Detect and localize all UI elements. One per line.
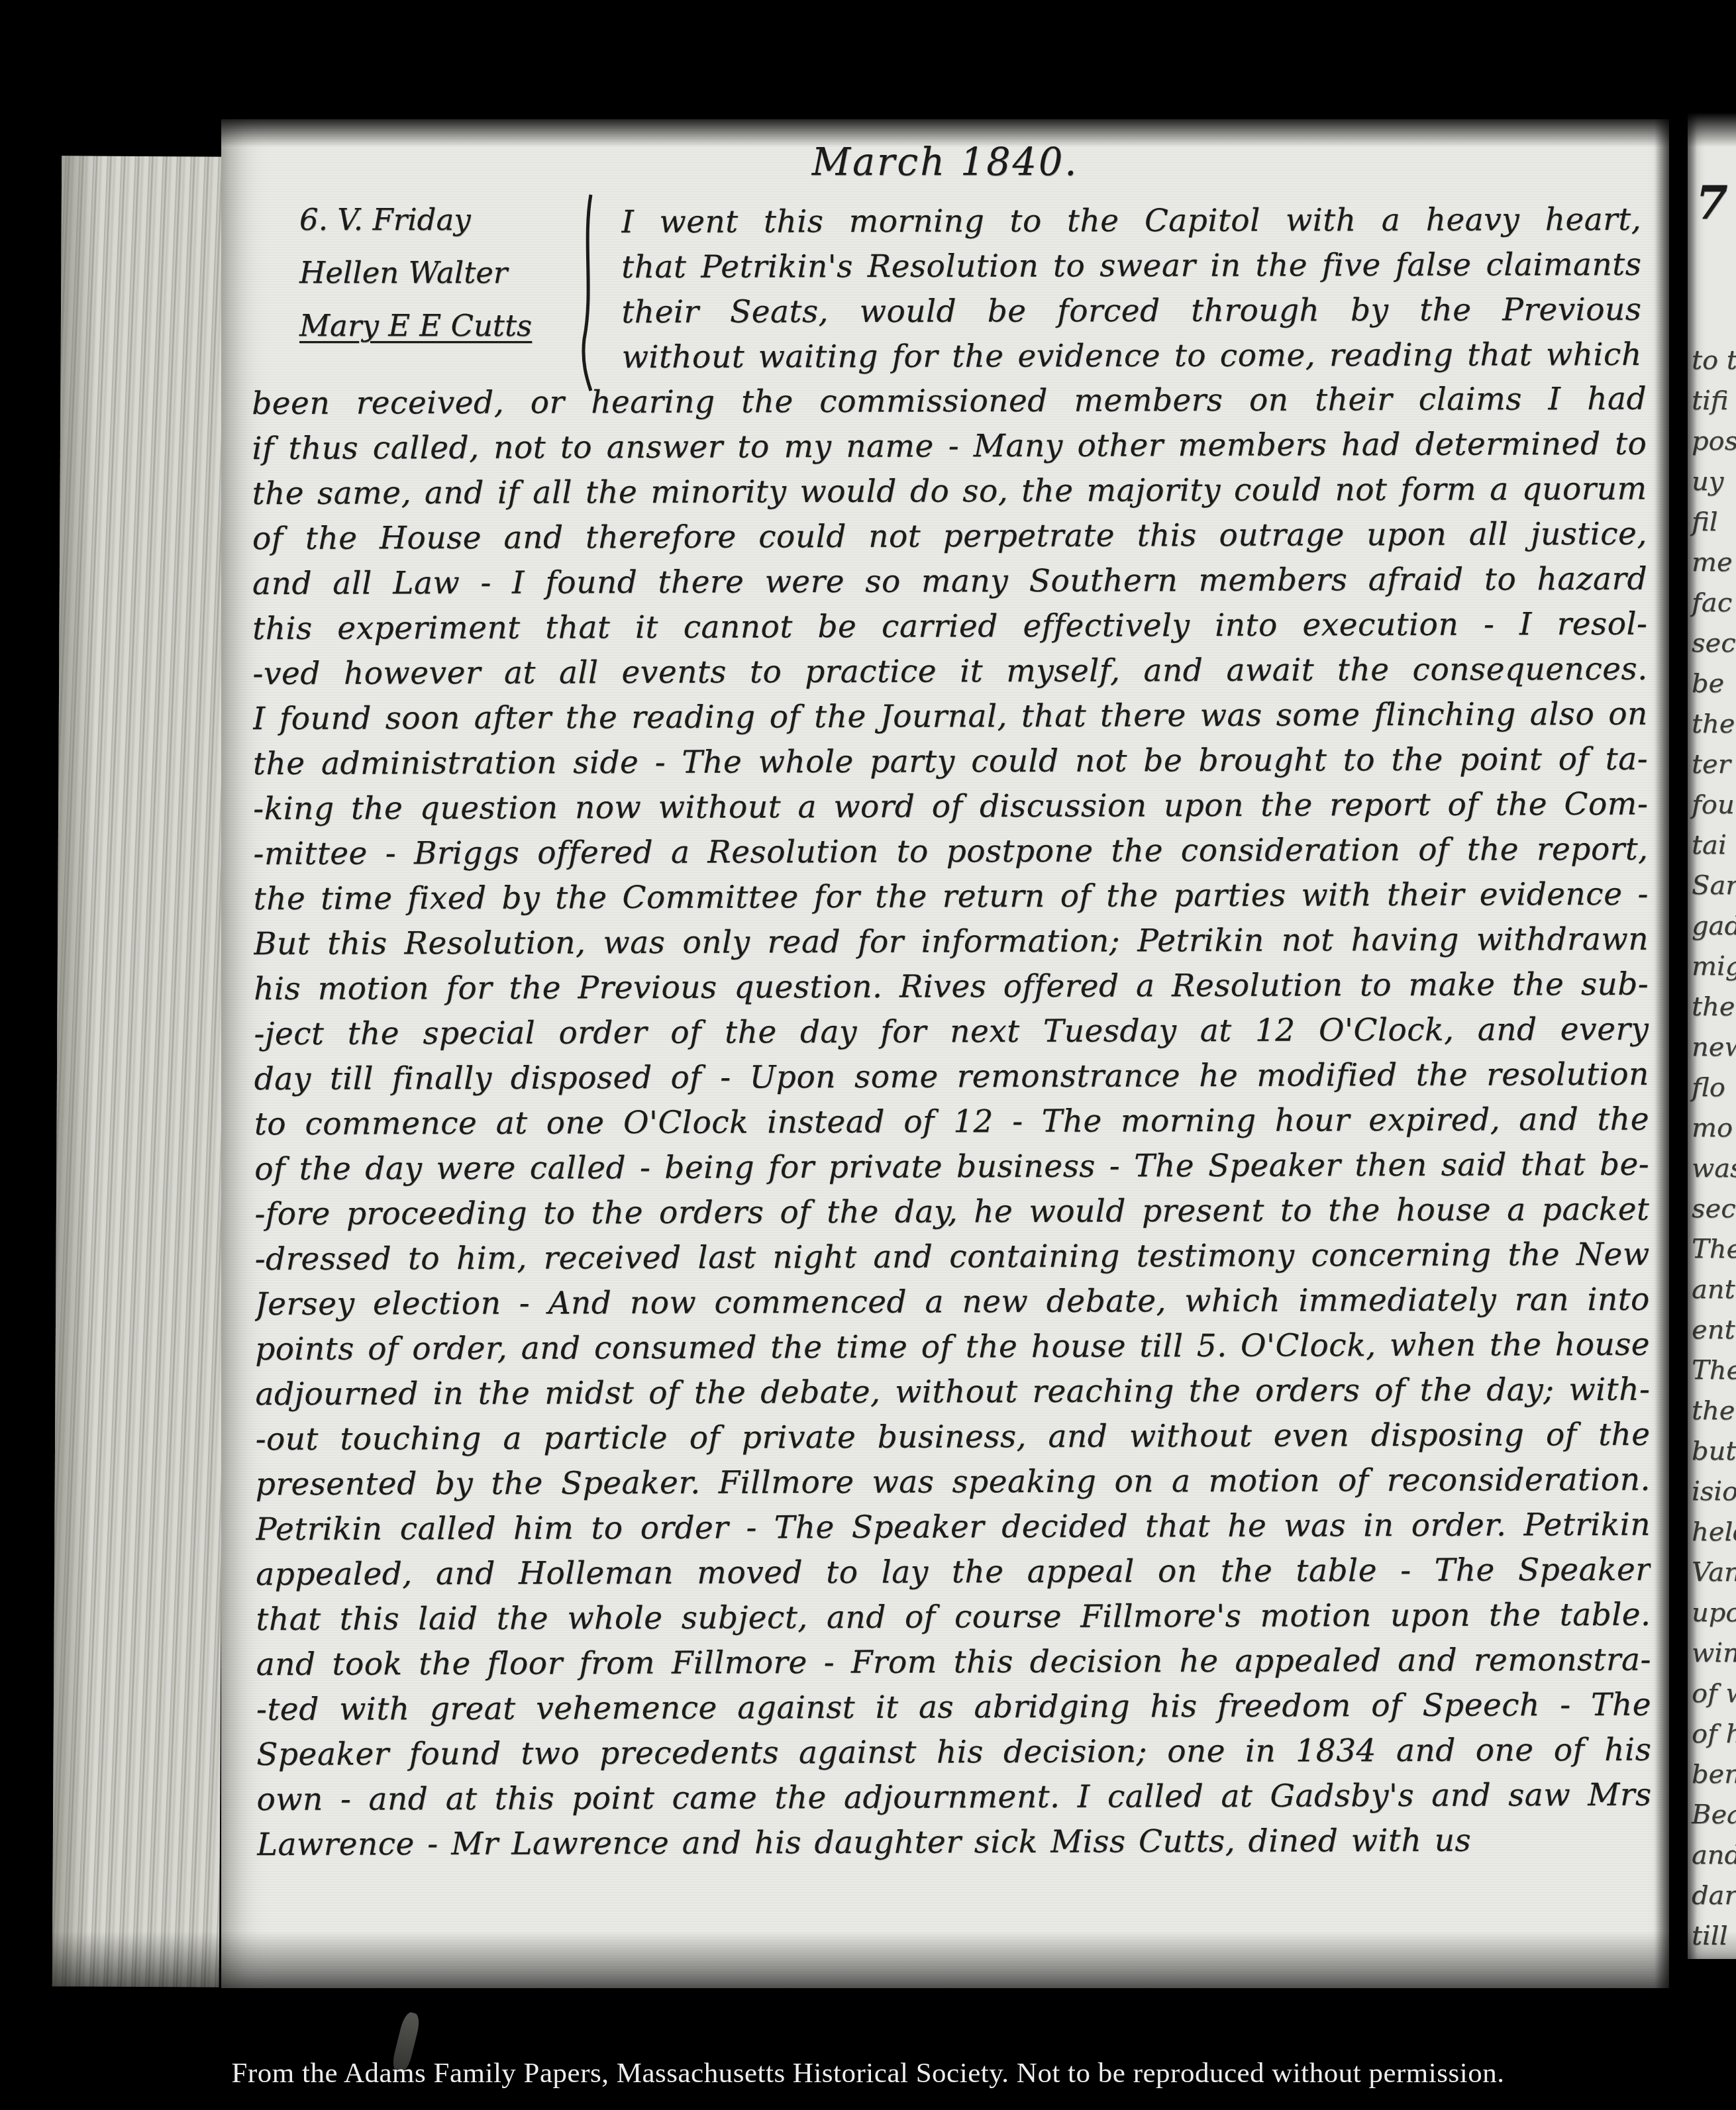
manuscript-line: the same, and if all the minority would … — [252, 467, 1647, 517]
manuscript-line: -king the question now without a word of… — [253, 782, 1648, 832]
text-fragment: tifi — [1692, 381, 1736, 421]
book-gutter-shadow — [1655, 91, 1697, 2029]
manuscript-line: the time fixed by the Committee for the … — [254, 872, 1649, 922]
text-fragment: Van — [1692, 1552, 1736, 1593]
manuscript-line: to commence at one O'Clock instead of 12… — [254, 1097, 1649, 1147]
manuscript-line: I went this morning to the Capitol with … — [621, 197, 1641, 245]
text-fragment: upo — [1692, 1593, 1736, 1633]
manuscript-line: day till finally disposed of - Upon some… — [254, 1052, 1649, 1102]
manuscript-line: of the House and therefore could not per… — [252, 512, 1647, 562]
margin-notes: 6. V. Friday Hellen Walter Mary E E Cutt… — [299, 193, 617, 352]
text-fragment: of wh — [1692, 1674, 1736, 1714]
text-fragment: sec — [1692, 623, 1736, 664]
text-fragment: isio — [1692, 1472, 1736, 1512]
text-fragment: The — [1692, 1229, 1736, 1270]
next-page-text-fragments: to ttifiposuyfilmefacsecbetheterfoutaiSa… — [1692, 340, 1736, 1956]
text-fragment: new — [1692, 1027, 1736, 1068]
text-fragment: ent — [1692, 1310, 1736, 1350]
manuscript-line: Speaker found two precedents against his… — [256, 1728, 1651, 1778]
text-fragment: The — [1692, 1350, 1736, 1391]
manuscript-line: -fore proceeding to the orders of the da… — [254, 1187, 1649, 1237]
text-fragment: of his — [1692, 1714, 1736, 1754]
manuscript-line: Lawrence - Mr Lawrence and his daughter … — [257, 1818, 1652, 1868]
text-fragment: mo — [1692, 1108, 1736, 1148]
manuscript-line: -out touching a particle of private busi… — [255, 1413, 1650, 1462]
manuscript-line: without waiting for the evidence to come… — [622, 332, 1642, 380]
manuscript-line: his motion for the Previous question. Ri… — [254, 962, 1649, 1012]
margin-note-name-2: Mary E E Cutts — [299, 299, 617, 352]
text-fragment: uy — [1692, 462, 1736, 502]
body-lines: been received, or hearing the commission… — [252, 377, 1652, 1868]
text-fragment: the — [1692, 987, 1736, 1027]
text-fragment: Bea — [1692, 1795, 1736, 1835]
manuscript-line: Jersey election - And now commenced a ne… — [255, 1278, 1650, 1327]
margin-divider-line — [574, 193, 604, 392]
manuscript-line: points of order, and consumed the time o… — [255, 1323, 1650, 1372]
next-page-number: 7 — [1696, 175, 1728, 230]
manuscript-line: and all Law - I found there were so many… — [252, 557, 1647, 607]
manuscript-line: presented by the Speaker. Fillmore was s… — [256, 1458, 1651, 1507]
manuscript-line: the administration side - The whole part… — [253, 737, 1648, 787]
text-fragment: fac — [1692, 583, 1736, 623]
manuscript-line: that this laid the whole subject, and of… — [256, 1593, 1651, 1642]
manuscript-line: But this Resolution, was only read for i… — [254, 917, 1649, 967]
top-vignette — [0, 91, 1736, 147]
text-fragment: sec — [1692, 1189, 1736, 1229]
body-first-lines: I went this morning to the Capitol with … — [621, 197, 1642, 380]
manuscript-line: that Petrikin's Resolution to swear in t… — [621, 242, 1641, 290]
text-fragment: me — [1692, 542, 1736, 583]
manuscript-line: own - and at this point came the adjourn… — [256, 1773, 1651, 1823]
text-fragment: pos — [1692, 421, 1736, 462]
manuscript-line: adjourned in the midst of the debate, wi… — [255, 1368, 1650, 1417]
manuscript-line: their Seats, would be forced through by … — [621, 287, 1641, 335]
text-fragment: tai — [1692, 825, 1736, 866]
manuscript-line: if thus called, not to answer to my name… — [252, 422, 1647, 472]
manuscript-line: -ved however at all events to practice i… — [252, 647, 1647, 697]
manuscript-line: Petrikin called him to order - The Speak… — [256, 1503, 1651, 1552]
margin-note-date: 6. V. Friday — [299, 193, 617, 246]
text-fragment: Sar — [1692, 866, 1736, 906]
manuscript-line: -mittee - Briggs offered a Resolution to… — [253, 827, 1648, 877]
text-fragment: win — [1692, 1633, 1736, 1674]
manuscript-line: appealed, and Holleman moved to lay the … — [256, 1548, 1651, 1597]
text-fragment: the — [1692, 704, 1736, 744]
text-fragment: mig — [1692, 946, 1736, 987]
manuscript-line: -ted with great vehemence against it as … — [256, 1683, 1651, 1733]
manuscript-line: -ject the special order of the day for n… — [254, 1007, 1649, 1057]
manuscript-line: of the day were called - being for priva… — [254, 1142, 1649, 1192]
text-fragment: fil — [1692, 502, 1736, 542]
text-fragment: ant — [1692, 1270, 1736, 1310]
manuscript-line: this experiment that it cannot be carrie… — [252, 602, 1647, 652]
manuscript-line: -dressed to him, received last night and… — [255, 1232, 1650, 1282]
text-fragment: held — [1692, 1512, 1736, 1552]
text-fragment: flo — [1692, 1068, 1736, 1108]
scanned-book-photo: March 1840. 6. V. Friday Hellen Walter M… — [0, 0, 1736, 2110]
text-fragment: ben — [1692, 1754, 1736, 1795]
text-fragment: was — [1692, 1148, 1736, 1189]
text-fragment: to t — [1692, 340, 1736, 381]
text-fragment: gad — [1692, 906, 1736, 946]
text-fragment: and — [1692, 1835, 1736, 1876]
book-page-edges — [52, 156, 229, 1987]
text-fragment: fou — [1692, 785, 1736, 825]
manuscript-line: I found soon after the reading of the Jo… — [253, 692, 1648, 742]
text-fragment: the — [1692, 1391, 1736, 1431]
text-fragment: dar — [1692, 1876, 1736, 1916]
manuscript-line: and took the floor from Fillmore - From … — [256, 1638, 1651, 1687]
text-fragment: but — [1692, 1431, 1736, 1472]
text-fragment: ter — [1692, 744, 1736, 785]
diary-left-page: March 1840. 6. V. Friday Hellen Walter M… — [221, 119, 1669, 1988]
text-fragment: be — [1692, 664, 1736, 704]
manuscript-line: been received, or hearing the commission… — [252, 377, 1647, 427]
attribution-caption: From the Adams Family Papers, Massachuse… — [0, 2057, 1736, 2089]
margin-note-name-1: Hellen Walter — [299, 246, 617, 299]
